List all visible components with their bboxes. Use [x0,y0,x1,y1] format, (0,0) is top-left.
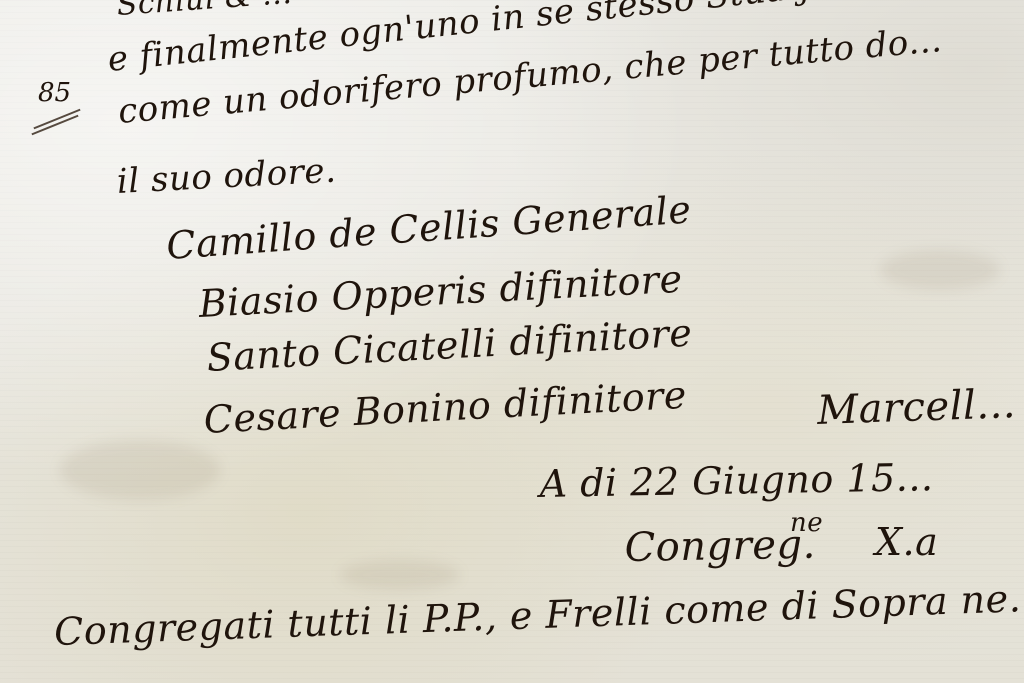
heading-number: X.a [875,520,938,564]
margin-number: 85 [38,78,71,108]
date-line: A di 22 Giugno 15... [539,455,934,506]
age-stain [60,440,220,500]
ink-stain [340,560,460,590]
heading-congregation: Congreg. [624,522,816,571]
heading-superscript: ne [790,508,823,538]
signature-fragment: Marcell... [816,381,1016,434]
age-stain [880,250,1000,290]
